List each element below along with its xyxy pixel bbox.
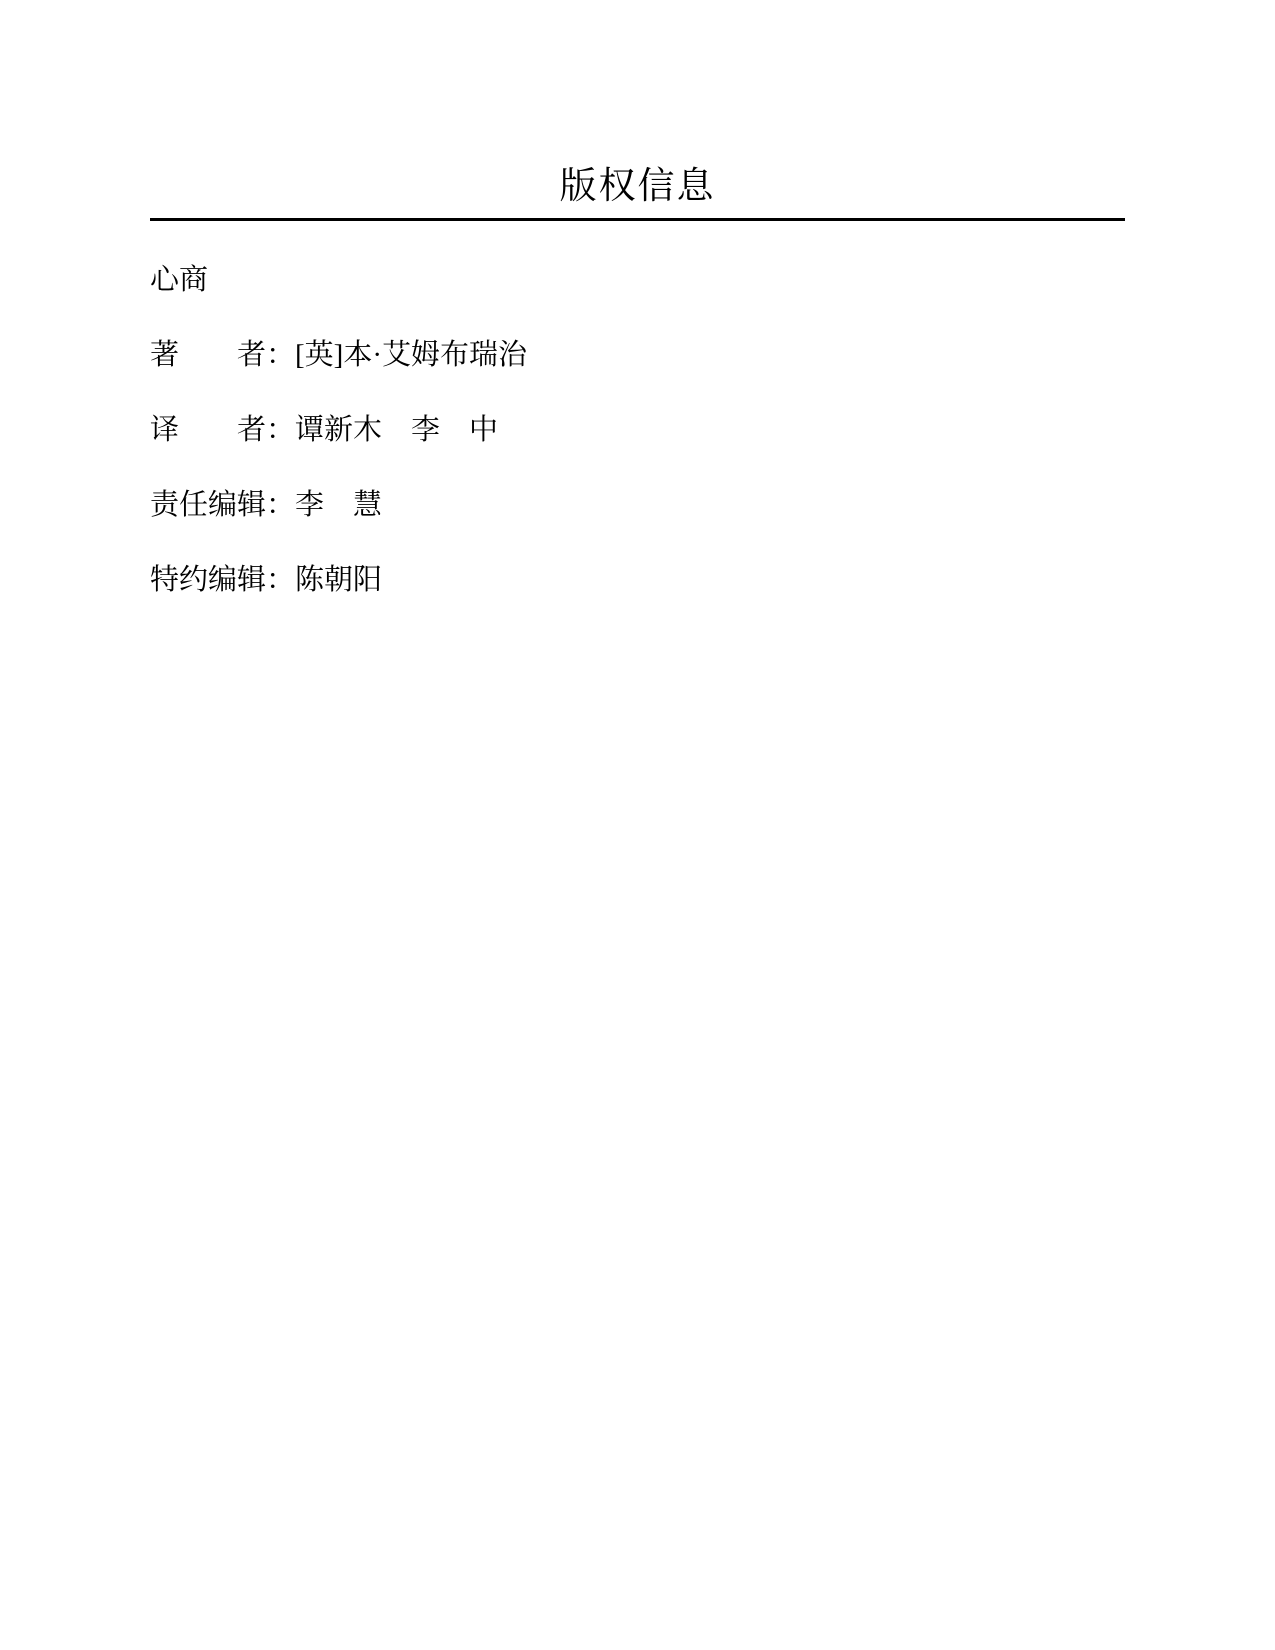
copyright-page: 版权信息 心商 著 者：[英]本·艾姆布瑞治 译 者：谭新木 李 中 责任编辑：… (0, 0, 1275, 1650)
book-title-line: 心商 (150, 261, 1125, 299)
author-line: 著 者：[英]本·艾姆布瑞治 (150, 336, 1125, 374)
copyright-info: 心商 著 者：[英]本·艾姆布瑞治 译 者：谭新木 李 中 责任编辑：李 慧 特… (150, 261, 1125, 599)
page-title: 版权信息 (150, 166, 1125, 209)
title-divider (150, 218, 1125, 221)
page-header: 版权信息 (150, 0, 1125, 209)
translator-line: 译 者：谭新木 李 中 (150, 411, 1125, 449)
responsible-editor-line: 责任编辑：李 慧 (150, 486, 1125, 524)
contributing-editor-line: 特约编辑：陈朝阳 (150, 561, 1125, 599)
